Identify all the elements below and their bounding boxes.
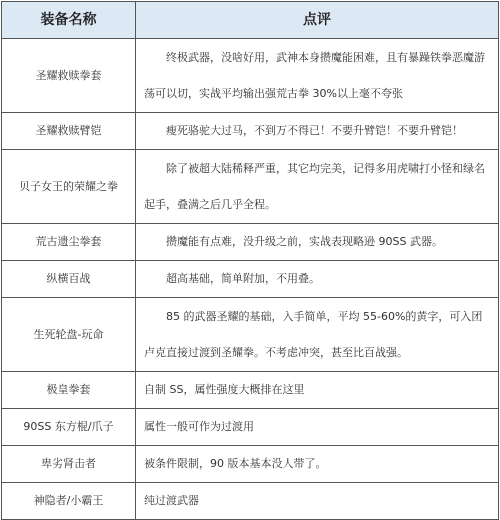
table-row: 生死轮盘-玩命 85 的武器圣耀的基础，入手简单，平均 55-60%的黄字，可入… bbox=[2, 298, 499, 372]
equipment-name-cell: 生死轮盘-玩命 bbox=[2, 298, 136, 372]
comment-cell: 纯过渡武器 bbox=[136, 483, 499, 520]
comment-cell: 被条件限制，90 版本基本没人带了。 bbox=[136, 446, 499, 483]
table-row: 纵横百战 超高基础，简单附加，不用叠。 bbox=[2, 261, 499, 298]
equipment-name-cell: 神隐者/小霸王 bbox=[2, 483, 136, 520]
comment-text: 被条件限制，90 版本基本没人带了。 bbox=[144, 446, 490, 482]
table-row: 荒古遗尘拳套 攒魔能有点难，没升级之前，实战表现略逊 90SS 武器。 bbox=[2, 224, 499, 261]
comment-cell: 85 的武器圣耀的基础，入手简单，平均 55-60%的黄字，可入团卢克直接过渡到… bbox=[136, 298, 499, 372]
equipment-name-cell: 卑劣肾击者 bbox=[2, 446, 136, 483]
comment-cell: 除了被超大陆稀释严重，其它均完美，记得多用虎啸打小怪和绿名起手，叠满之后几乎全程… bbox=[136, 150, 499, 224]
column-header-comment: 点评 bbox=[136, 2, 499, 39]
comment-text: 攒魔能有点难，没升级之前，实战表现略逊 90SS 武器。 bbox=[144, 224, 490, 260]
comment-text: 纯过渡武器 bbox=[144, 483, 490, 519]
comment-cell: 攒魔能有点难，没升级之前，实战表现略逊 90SS 武器。 bbox=[136, 224, 499, 261]
comment-cell: 超高基础，简单附加，不用叠。 bbox=[136, 261, 499, 298]
comment-cell: 瘦死骆驼大过马，不到万不得已！不要升臂铠！不要升臂铠！ bbox=[136, 113, 499, 150]
table-row: 90SS 东方棍/爪子 属性一般可作为过渡用 bbox=[2, 409, 499, 446]
table-row: 卑劣肾击者 被条件限制，90 版本基本没人带了。 bbox=[2, 446, 499, 483]
equipment-review-table: 装备名称 点评 圣耀救赎拳套 终极武器，没啥好用，武神本身攒魔能困难，且有暴躁铁… bbox=[1, 1, 499, 519]
equipment-name-cell: 圣耀救赎臂铠 bbox=[2, 113, 136, 150]
table-row: 圣耀救赎拳套 终极武器，没啥好用，武神本身攒魔能困难，且有暴躁铁拳恶魔游荡可以切… bbox=[2, 39, 499, 113]
comment-text: 属性一般可作为过渡用 bbox=[144, 409, 490, 445]
table-row: 圣耀救赎臂铠 瘦死骆驼大过马，不到万不得已！不要升臂铠！不要升臂铠！ bbox=[2, 113, 499, 150]
table-row: 神隐者/小霸王 纯过渡武器 bbox=[2, 483, 499, 520]
table-header-row: 装备名称 点评 bbox=[2, 2, 499, 39]
comment-cell: 自制 SS，属性强度大概排在这里 bbox=[136, 372, 499, 409]
equipment-name-cell: 贝子女王的荣耀之拳 bbox=[2, 150, 136, 224]
equipment-name-cell: 纵横百战 bbox=[2, 261, 136, 298]
table-row: 贝子女王的荣耀之拳 除了被超大陆稀释严重，其它均完美，记得多用虎啸打小怪和绿名起… bbox=[2, 150, 499, 224]
comment-text: 终极武器，没啥好用，武神本身攒魔能困难，且有暴躁铁拳恶魔游荡可以切，实战平均输出… bbox=[144, 40, 490, 112]
comment-cell: 终极武器，没啥好用，武神本身攒魔能困难，且有暴躁铁拳恶魔游荡可以切，实战平均输出… bbox=[136, 39, 499, 113]
equipment-name-cell: 圣耀救赎拳套 bbox=[2, 39, 136, 113]
equipment-name-cell: 90SS 东方棍/爪子 bbox=[2, 409, 136, 446]
equipment-name-cell: 荒古遗尘拳套 bbox=[2, 224, 136, 261]
comment-text: 除了被超大陆稀释严重，其它均完美，记得多用虎啸打小怪和绿名起手，叠满之后几乎全程… bbox=[144, 151, 490, 223]
comment-text: 超高基础，简单附加，不用叠。 bbox=[144, 261, 490, 297]
comment-cell: 属性一般可作为过渡用 bbox=[136, 409, 499, 446]
table-row: 极皇拳套 自制 SS，属性强度大概排在这里 bbox=[2, 372, 499, 409]
comment-text: 瘦死骆驼大过马，不到万不得已！不要升臂铠！不要升臂铠！ bbox=[144, 113, 490, 149]
comment-text: 85 的武器圣耀的基础，入手简单，平均 55-60%的黄字，可入团卢克直接过渡到… bbox=[144, 299, 490, 371]
equipment-name-cell: 极皇拳套 bbox=[2, 372, 136, 409]
comment-text: 自制 SS，属性强度大概排在这里 bbox=[144, 372, 490, 408]
column-header-equipment-name: 装备名称 bbox=[2, 2, 136, 39]
